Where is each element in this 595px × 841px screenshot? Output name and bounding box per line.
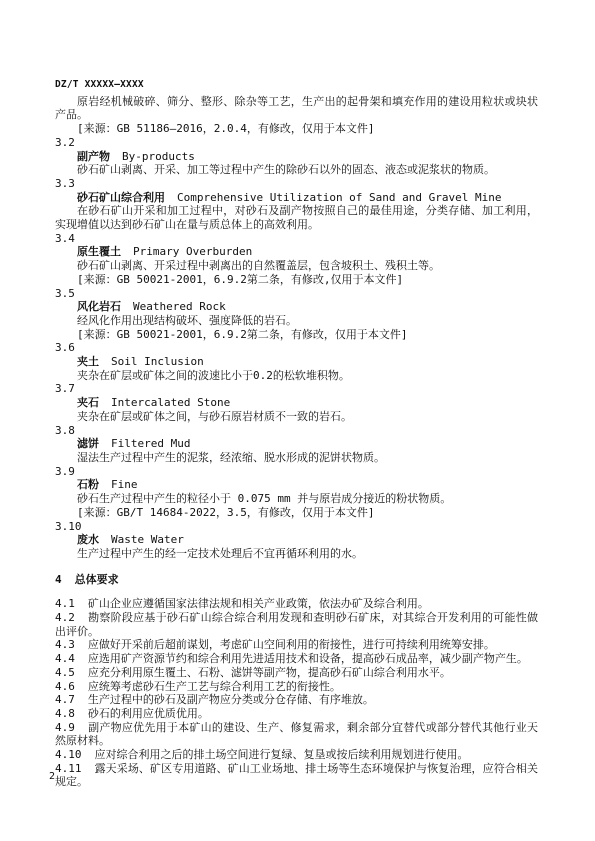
general-requirements-list: 4.1矿山企业应遵循国家法律法规和相关产业政策，依法办矿及综合利用。 4.2勘察… (55, 597, 538, 789)
term-3-1-definition-continued: 原岩经机械破碎、筛分、整形、除杂等工艺，生产出的起骨架和填充作用的建设用粒状或块… (55, 95, 538, 122)
term-entry: 3.3 砂石矿山综合利用Comprehensive Utilization of… (55, 177, 538, 232)
term-entry: 3.9 石粉Fine 砂石生产过程中产生的粒径小于 0.075 mm 并与原岩成… (55, 465, 538, 520)
term-name-zh: 副产物 (77, 150, 110, 163)
term-name-zh: 废水 (77, 533, 99, 546)
term-name-zh: 夹石 (77, 396, 99, 409)
clause-number: 4.8 (55, 707, 75, 720)
term-name-zh: 原生覆土 (77, 245, 121, 258)
clause-number: 4.11 (55, 762, 82, 775)
term-entry: 3.5 风化岩石Weathered Rock 经风化作用出现结构破坏、强度降低的… (55, 287, 538, 342)
term-title: 风化岩石Weathered Rock (55, 300, 538, 314)
requirement-clause: 4.10应对综合利用之后的排土场空间进行复绿、复垦或按后续利用规划进行使用。 (55, 748, 538, 762)
section-number: 4 (55, 573, 62, 586)
term-definition: 在砂石矿山开采和加工过程中，对砂石及副产物按照自己的最佳用途，分类存储、加工利用… (55, 204, 538, 231)
term-name-zh: 石粉 (77, 478, 99, 491)
term-definition: 湿法生产过程中产生的泥浆，经浓缩、脱水形成的泥饼状物质。 (55, 451, 538, 465)
term-source-reference: [来源：GB 50021-2001，6.9.2第二条，有修改，仅用于本文件] (55, 328, 538, 342)
term-entry: 3.10 废水Waste Water 生产过程中产生的经一定技术处理后不宜再循环… (55, 520, 538, 561)
term-number: 3.7 (55, 382, 538, 396)
clause-text: 矿山企业应遵循国家法律法规和相关产业政策，依法办矿及综合利用。 (88, 597, 429, 610)
term-definition: 生产过程中产生的经一定技术处理后不宜再循环利用的水。 (55, 547, 538, 561)
term-number: 3.3 (55, 177, 538, 191)
term-number: 3.4 (55, 232, 538, 246)
term-entry: 3.6 夹土Soil Inclusion 夹杂在矿层或矿体之间的波速比小于0.2… (55, 341, 538, 382)
term-number: 3.10 (55, 520, 538, 534)
requirement-clause: 4.11露天采场、矿区专用道路、矿山工业场地、排土场等生态环境保护与恢复治理，应… (55, 762, 538, 789)
clause-number: 4.3 (55, 638, 75, 651)
term-entry: 3.8 滤饼Filtered Mud 湿法生产过程中产生的泥浆，经浓缩、脱水形成… (55, 424, 538, 465)
clause-number: 4.2 (55, 611, 75, 624)
clause-text: 应选用矿产资源节约和综合利用先进适用技术和设备，提高砂石成品率，减少副产物产生。 (88, 652, 528, 665)
term-title: 滤饼Filtered Mud (55, 437, 538, 451)
standard-number-header: DZ/T XXXXX—XXXX (55, 78, 538, 92)
term-number: 3.5 (55, 287, 538, 301)
term-3-1-source-reference: [来源：GB 51186—2016，2.0.4，有修改，仅用于本文件] (55, 122, 538, 136)
document-page: DZ/T XXXXX—XXXX 原岩经机械破碎、筛分、整形、除杂等工艺，生产出的… (0, 0, 595, 841)
requirement-clause: 4.9副产物应优先用于本矿山的建设、生产、修复需求，剩余部分宜替代或部分替代其他… (55, 721, 538, 748)
term-name-en: Soil Inclusion (111, 355, 204, 368)
term-name-zh: 砂石矿山综合利用 (77, 191, 165, 204)
terms-list: 3.2 副产物By-products 砂石矿山剥离、开采、加工等过程中产生的除砂… (55, 136, 538, 561)
term-entry: 3.2 副产物By-products 砂石矿山剥离、开采、加工等过程中产生的除砂… (55, 136, 538, 177)
term-title: 石粉Fine (55, 478, 538, 492)
term-title: 砂石矿山综合利用Comprehensive Utilization of San… (55, 191, 538, 205)
term-name-en: Primary Overburden (133, 245, 252, 258)
term-definition: 夹杂在矿层或矿体之间，与砂石原岩材质不一致的岩石。 (55, 410, 538, 424)
term-name-zh: 夹土 (77, 355, 99, 368)
clause-text: 露天采场、矿区专用道路、矿山工业场地、排土场等生态环境保护与恢复治理，应符合相关… (55, 762, 538, 789)
term-title: 夹土Soil Inclusion (55, 355, 538, 369)
clause-number: 4.9 (55, 721, 75, 734)
term-title: 夹石Intercalated Stone (55, 396, 538, 410)
clause-number: 4.5 (55, 666, 75, 679)
term-definition: 砂石矿山剥离、开采、加工等过程中产生的除砂石以外的固态、液态或泥浆状的物质。 (55, 163, 538, 177)
requirement-clause: 4.3应做好开采前后超前谋划，考虑矿山空间利用的衔接性，进行可持续利用统筹安排。 (55, 638, 538, 652)
requirement-clause: 4.1矿山企业应遵循国家法律法规和相关产业政策，依法办矿及综合利用。 (55, 597, 538, 611)
term-title: 副产物By-products (55, 150, 538, 164)
requirement-clause: 4.7生产过程中的砂石及副产物应分类或分仓存储、有序堆放。 (55, 693, 538, 707)
term-number: 3.9 (55, 465, 538, 479)
clause-text: 应对综合利用之后的排土场空间进行复绿、复垦或按后续利用规划进行使用。 (95, 748, 469, 761)
term-title: 废水Waste Water (55, 533, 538, 547)
section-4-heading: 4总体要求 (55, 573, 538, 587)
requirement-clause: 4.2勘察阶段应基于砂石矿山综合综合利用发现和查明砂石矿床，对其综合开发利用的可… (55, 611, 538, 638)
clause-number: 4.7 (55, 693, 75, 706)
term-name-en: By-products (122, 150, 195, 163)
term-entry: 3.4 原生覆土Primary Overburden 砂石矿山剥离、开采过程中剥… (55, 232, 538, 287)
clause-number: 4.10 (55, 748, 82, 761)
requirement-clause: 4.5应充分利用原生覆土、石粉、滤饼等副产物，提高砂石矿山综合利用水平。 (55, 666, 538, 680)
clause-text: 砂石的利用应优质优用。 (88, 707, 209, 720)
clause-text: 应做好开采前后超前谋划，考虑矿山空间利用的衔接性，进行可持续利用统筹安排。 (88, 638, 495, 651)
clause-number: 4.4 (55, 652, 75, 665)
requirement-clause: 4.8砂石的利用应优质优用。 (55, 707, 538, 721)
clause-text: 副产物应优先用于本矿山的建设、生产、修复需求，剩余部分宜替代或部分替代其他行业天… (55, 721, 538, 748)
term-definition: 砂石生产过程中产生的粒径小于 0.075 mm 并与原岩成分接近的粉状物质。 (55, 492, 538, 506)
term-name-zh: 风化岩石 (77, 300, 121, 313)
term-source-reference: [来源：GB 50021-2001，6.9.2第二条，有修改,仅用于本文件] (55, 273, 538, 287)
requirement-clause: 4.4应选用矿产资源节约和综合利用先进适用技术和设备，提高砂石成品率，减少副产物… (55, 652, 538, 666)
term-name-en: Fine (111, 478, 138, 491)
page-number: 2 (49, 770, 55, 784)
term-title: 原生覆土Primary Overburden (55, 245, 538, 259)
term-name-en: Comprehensive Utilization of Sand and Gr… (177, 191, 502, 204)
term-name-en: Waste Water (111, 533, 184, 546)
clause-number: 4.1 (55, 597, 75, 610)
term-definition: 经风化作用出现结构破坏、强度降低的岩石。 (55, 314, 538, 328)
term-number: 3.2 (55, 136, 538, 150)
clause-text: 应充分利用原生覆土、石粉、滤饼等副产物，提高砂石矿山综合利用水平。 (88, 666, 451, 679)
term-number: 3.8 (55, 424, 538, 438)
clause-text: 勘察阶段应基于砂石矿山综合综合利用发现和查明砂石矿床，对其综合开发利用的可能性做… (55, 611, 538, 638)
term-name-en: Weathered Rock (133, 300, 226, 313)
term-definition: 夹杂在矿层或矿体之间的波速比小于0.2的松软堆积物。 (55, 369, 538, 383)
term-entry: 3.7 夹石Intercalated Stone 夹杂在矿层或矿体之间，与砂石原… (55, 382, 538, 423)
section-title: 总体要求 (75, 573, 119, 586)
term-number: 3.6 (55, 341, 538, 355)
term-name-en: Intercalated Stone (111, 396, 230, 409)
term-definition: 砂石矿山剥离、开采过程中剥离出的自然覆盖层，包含坡积土、残积土等。 (55, 259, 538, 273)
clause-number: 4.6 (55, 680, 75, 693)
clause-text: 生产过程中的砂石及副产物应分类或分仓存储、有序堆放。 (88, 693, 374, 706)
clause-text: 应统筹考虑砂石生产工艺与综合利用工艺的衔接性。 (88, 680, 341, 693)
term-source-reference: [来源：GB/T 14684-2022，3.5，有修改，仅用于本文件] (55, 506, 538, 520)
term-name-zh: 滤饼 (77, 437, 99, 450)
requirement-clause: 4.6应统筹考虑砂石生产工艺与综合利用工艺的衔接性。 (55, 680, 538, 694)
term-name-en: Filtered Mud (111, 437, 190, 450)
